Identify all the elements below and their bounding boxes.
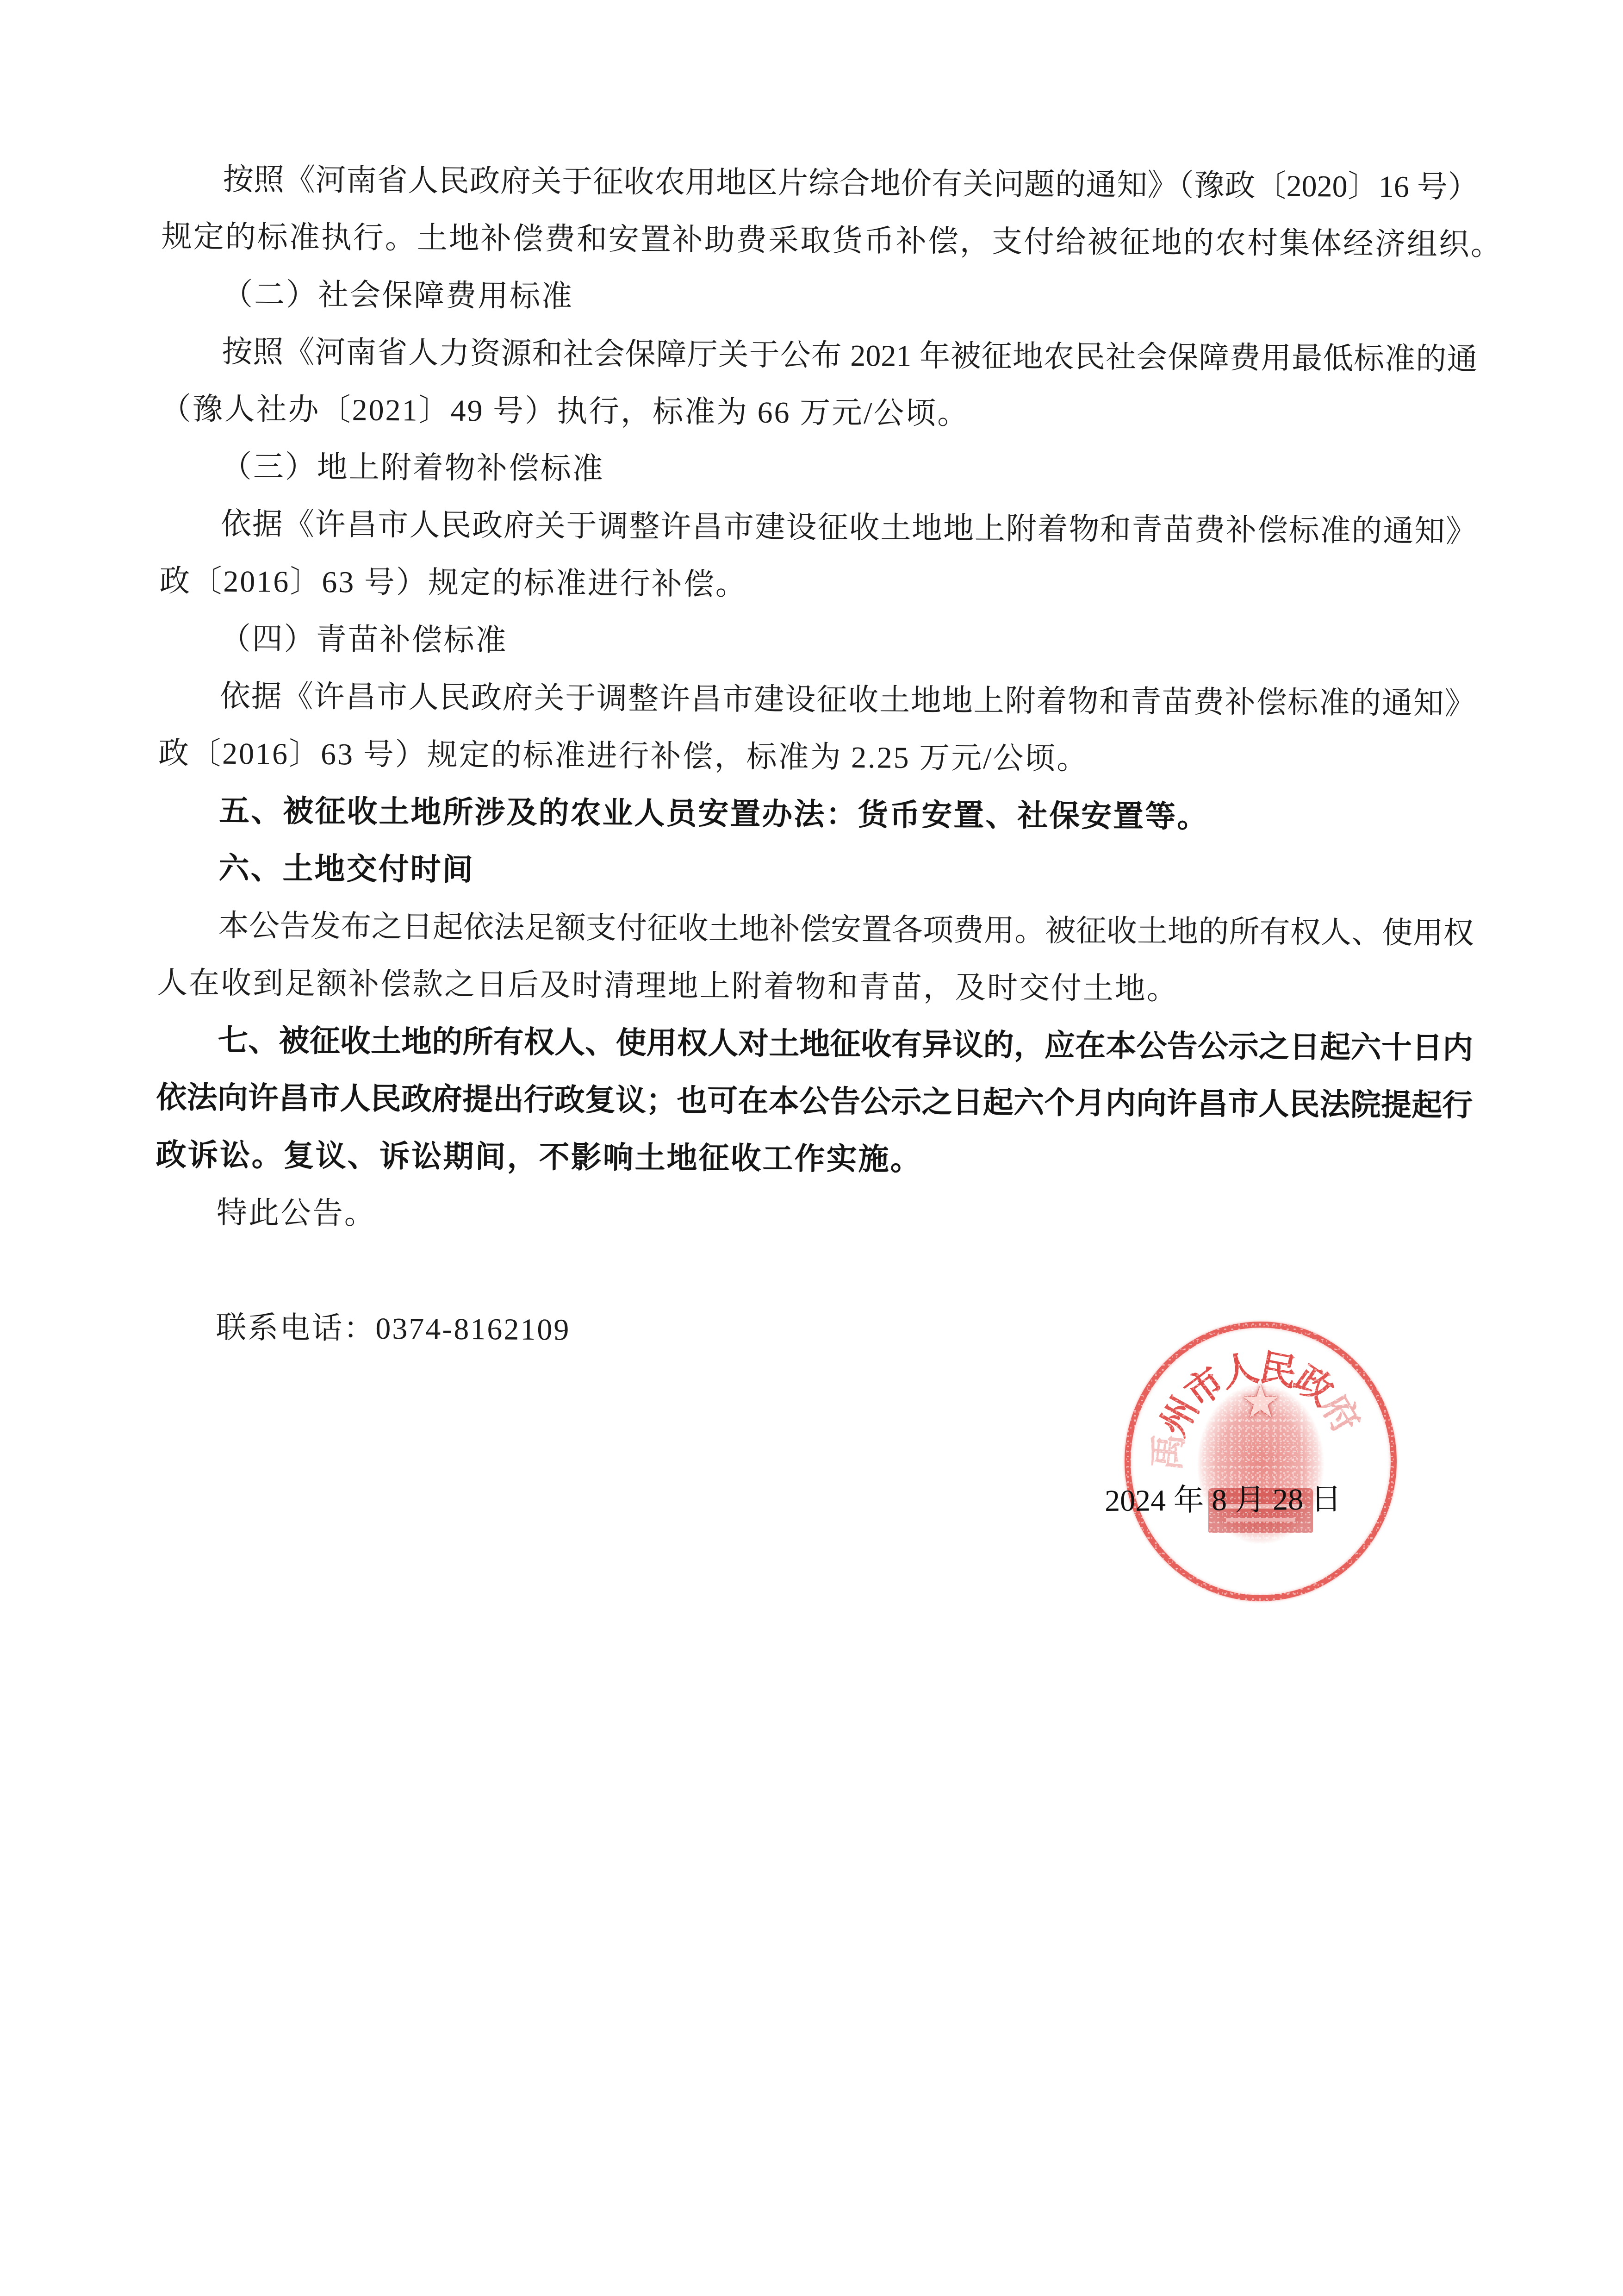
doc-line: 七、被征收土地的所有权人、使用权人对土地征收有异议的，应在本公告公示之日起六十日…: [156, 1012, 1474, 1077]
doc-line: 按照《河南省人民政府关于征收农用地区片综合地价有关问题的通知》（豫政〔2020〕…: [162, 151, 1479, 216]
doc-line: 政诉讼。复议、诉讼期间，不影响土地征收工作实施。: [155, 1127, 1473, 1192]
doc-line: 按照《河南省人力资源和社会保障厅关于公布 2021 年被征地农民社会保障费用最低…: [161, 323, 1478, 388]
doc-line: （豫人社办〔2021〕49 号）执行，标准为 66 万元/公顷。: [160, 381, 1477, 446]
official-seal: ★ 禹州市人民政府: [1125, 1322, 1397, 1601]
document-text: 按照《河南省人民政府关于征收农用地区片综合地价有关问题的通知》（豫政〔2020〕…: [155, 151, 1479, 1364]
doc-line: 五、被征收土地所涉及的农业人员安置办法：货币安置、社保安置等。: [158, 782, 1475, 848]
doc-line: （三）地上附着物补偿标准: [160, 438, 1477, 503]
doc-line: 本公告发布之日起依法足额支付征收土地补偿安置各项费用。被征收土地的所有权人、使用…: [157, 897, 1474, 962]
doc-line: 规定的标准执行。土地补偿费和安置补助费采取货币补偿，支付给被征地的农村集体经济组…: [161, 208, 1478, 274]
doc-line: 政〔2016〕63 号）规定的标准进行补偿。: [159, 553, 1476, 618]
doc-line: （四）青苗补偿标准: [159, 610, 1476, 675]
doc-line: 依据《许昌市人民政府关于调整许昌市建设征收土地地上附着物和青苗费补偿标准的通知》…: [158, 668, 1475, 733]
scanned-notice-page: 按照《河南省人民政府关于征收农用地区片综合地价有关问题的通知》（豫政〔2020〕…: [0, 0, 1623, 2296]
doc-line: 人在收到足额补偿款之日后及时清理地上附着物和青苗，及时交付土地。: [157, 955, 1474, 1020]
doc-line: （二）社会保障费用标准: [161, 266, 1478, 331]
doc-line: 特此公告。: [155, 1184, 1473, 1249]
doc-line: 依据《许昌市人民政府关于调整许昌市建设征收土地地上附着物和青苗费补偿标准的通知》…: [160, 495, 1477, 561]
document-date: 2024 年 8 月 28 日: [1105, 1479, 1383, 1522]
doc-line: 依法向许昌市人民政府提出行政复议；也可在本公告公示之日起六个月内向许昌市人民法院…: [156, 1069, 1473, 1135]
doc-line: 六、土地交付时间: [157, 840, 1474, 905]
doc-line: 政〔2016〕63 号）规定的标准进行补偿，标准为 2.25 万元/公顷。: [158, 725, 1475, 790]
doc-line: [155, 1242, 1472, 1307]
